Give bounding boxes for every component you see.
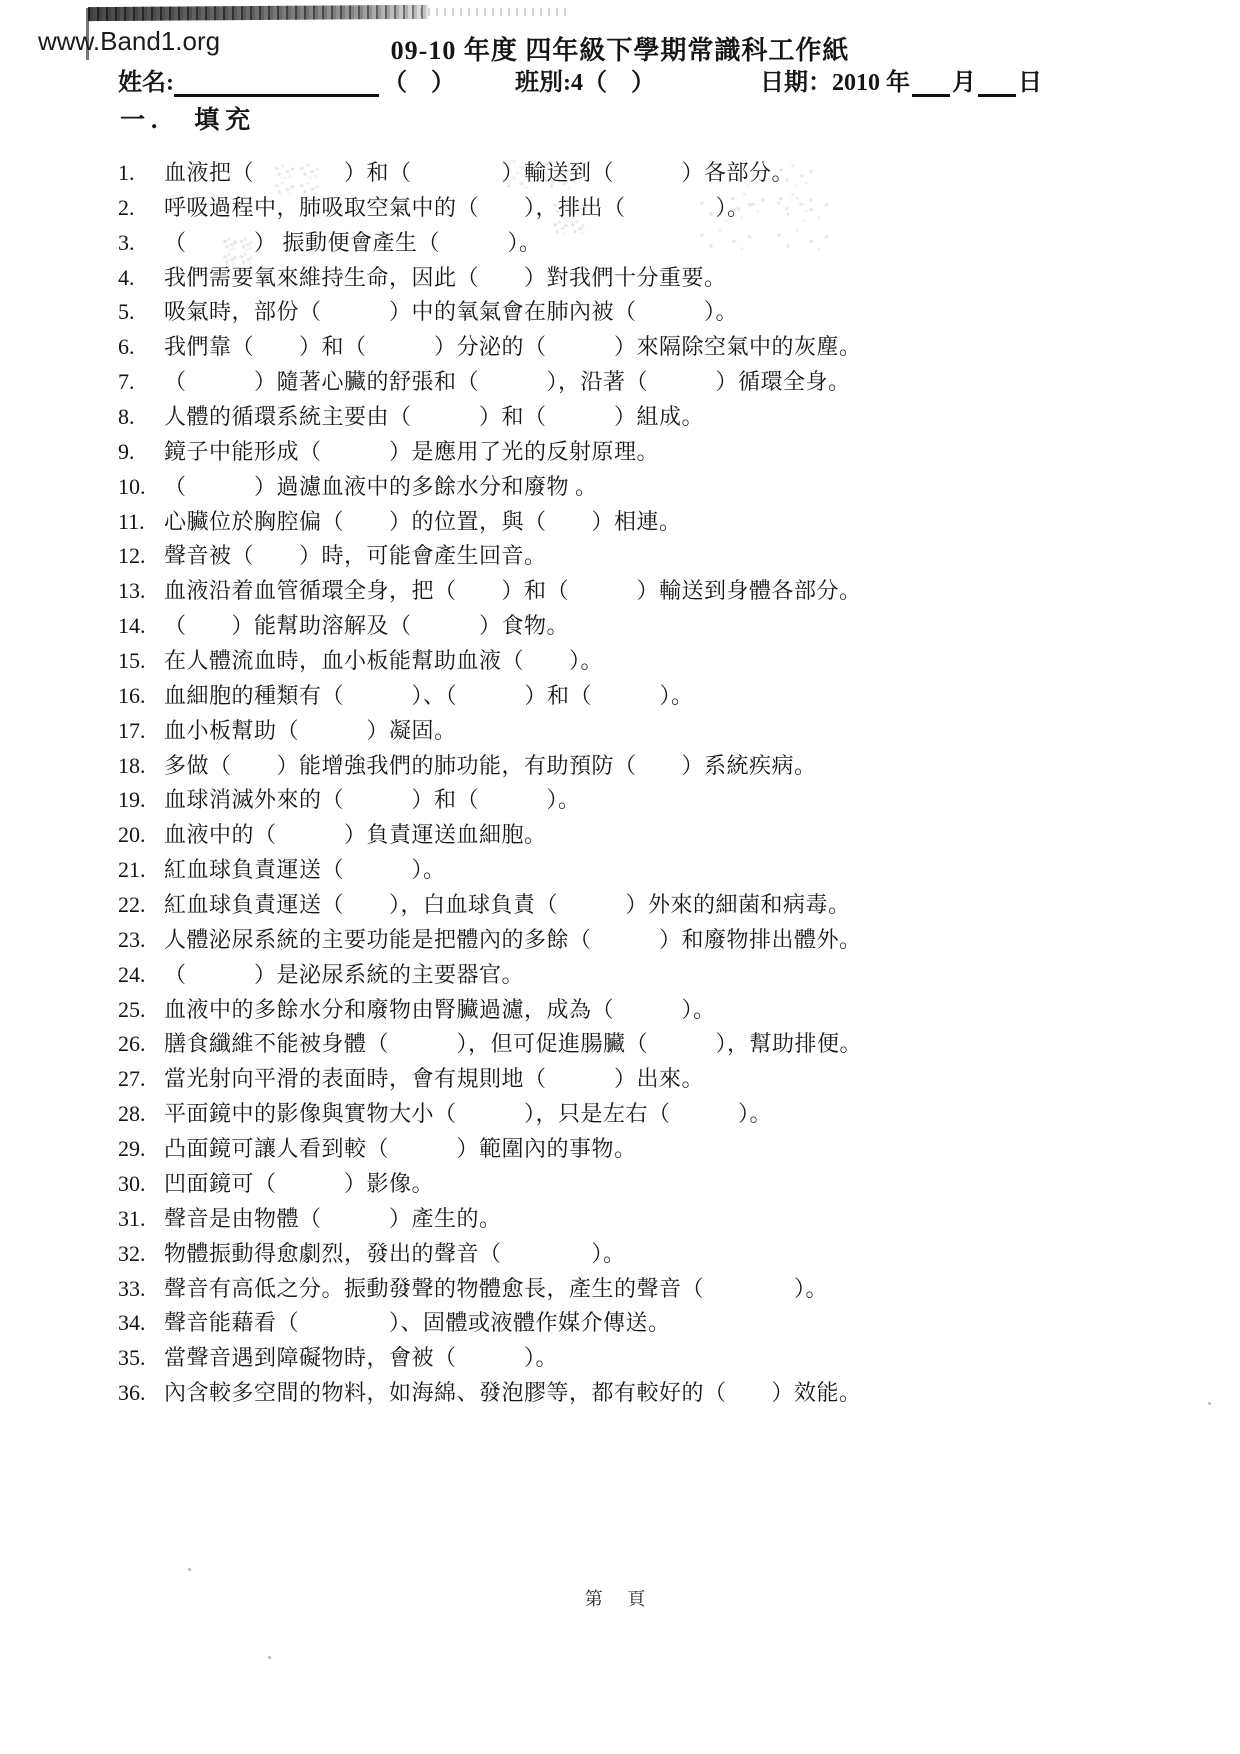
question-row: 34. 聲音能藉看（ ）、固體或液體作媒介傳送。: [118, 1306, 1218, 1341]
question-text: 紅血球負責運送（ ）。: [164, 853, 446, 884]
question-text: 血細胞的種類有（ ）、（ ）和（ ）。: [164, 679, 694, 710]
pencil-smudge: [552, 198, 584, 234]
question-row: 27. 當光射向平滑的表面時，會有規則地（ ）出來。: [118, 1062, 1218, 1097]
name-number-paren: （ ）: [383, 62, 455, 97]
pencil-smudge: [496, 158, 574, 188]
question-text: 聲音是由物體（ ）產生的。: [164, 1202, 502, 1233]
question-number: 8.: [118, 404, 164, 430]
scan-speckle: [188, 1568, 191, 1571]
scan-artifact-bar-fade: [420, 8, 570, 16]
question-row: 20. 血液中的（ ）負責運送血細胞。: [118, 818, 1218, 853]
question-text: 吸氣時，部份（ ）中的氧氣會在肺內被（ ）。: [164, 295, 738, 326]
question-row: 17. 血小板幫助（ ）凝固。: [118, 714, 1218, 749]
question-text: 平面鏡中的影像與實物大小（ ），只是左右（ ）。: [164, 1097, 772, 1128]
question-row: 9. 鏡子中能形成（ ）是應用了光的反射原理。: [118, 435, 1218, 470]
date-month-label: 月: [952, 62, 976, 97]
question-text: 血液把（ ）和（ ）輸送到（ ）各部分。: [164, 156, 794, 187]
question-text: 血液中的多餘水分和廢物由腎臟過濾，成為（ ）。: [164, 993, 716, 1024]
scan-artifact-bar: [88, 5, 428, 21]
question-text: 血液沿着血管循環全身，把（ ）和（ ）輸送到身體各部分。: [164, 574, 862, 605]
question-row: 23. 人體泌尿系統的主要功能是把體內的多餘（ ）和廢物排出體外。: [118, 923, 1218, 958]
question-row: 30. 凹面鏡可（ ）影像。: [118, 1167, 1218, 1202]
question-text: 我們靠（ ）和（ ）分泌的（ ）來隔除空氣中的灰塵。: [164, 330, 862, 361]
question-row: 15. 在人體流血時，血小板能幫助血液（ ）。: [118, 644, 1218, 679]
question-row: 6. 我們靠（ ）和（ ）分泌的（ ）來隔除空氣中的灰塵。: [118, 330, 1218, 365]
question-number: 32.: [118, 1241, 164, 1267]
question-number: 6.: [118, 334, 164, 360]
question-row: 16. 血細胞的種類有（ ）、（ ）和（ ）。: [118, 679, 1218, 714]
question-text: 鏡子中能形成（ ）是應用了光的反射原理。: [164, 435, 659, 466]
question-number: 3.: [118, 230, 164, 256]
question-text: 膳食纖維不能被身體（ ），但可促進腸臟（ ），幫助排便。: [164, 1027, 862, 1058]
question-number: 35.: [118, 1345, 164, 1371]
question-row: 33. 聲音有高低之分。振動發聲的物體愈長，產生的聲音（ ）。: [118, 1272, 1218, 1307]
name-class-date-row: 姓名: （ ） 班別:4（ ） 日期：2010 年 月 日: [118, 62, 1178, 97]
scan-speckle: [268, 1656, 271, 1659]
question-number: 14.: [118, 613, 164, 639]
question-text: 多做（ ）能增強我們的肺功能，有助預防（ ）系統疾病。: [164, 749, 817, 780]
question-row: 12. 聲音被（ ）時，可能會產生回音。: [118, 539, 1218, 574]
question-text: 紅血球負責運送（ ），白血球負責（ ）外來的細菌和病毒。: [164, 888, 851, 919]
question-text: 人體的循環系統主要由（ ）和（ ）組成。: [164, 400, 704, 431]
question-text: 我們需要氧來維持生命，因此（ ）對我們十分重要。: [164, 261, 727, 292]
question-row: 32. 物體振動得愈劇烈，發出的聲音（ ）。: [118, 1237, 1218, 1272]
name-blank-line: [174, 68, 379, 97]
worksheet-page: www.Band1.org 09-10 年度 四年級下學期常識科工作紙 姓名: …: [0, 0, 1240, 1754]
question-text: （ ）能幫助溶解及（ ）食物。: [164, 609, 569, 640]
pencil-smudge: [222, 236, 252, 264]
question-number: 1.: [118, 160, 164, 186]
question-row: 24. （ ）是泌尿系統的主要器官。: [118, 958, 1218, 993]
question-number: 26.: [118, 1031, 164, 1057]
question-row: 26. 膳食纖維不能被身體（ ），但可促進腸臟（ ），幫助排便。: [118, 1027, 1218, 1062]
question-text: 血液中的（ ）負責運送血細胞。: [164, 818, 547, 849]
question-number: 36.: [118, 1380, 164, 1406]
question-text: 聲音被（ ）時，可能會產生回音。: [164, 539, 547, 570]
question-text: 呼吸過程中，肺吸取空氣中的（ ），排出（ ）。: [164, 191, 750, 222]
question-row: 13. 血液沿着血管循環全身，把（ ）和（ ）輸送到身體各部分。: [118, 574, 1218, 609]
question-number: 31.: [118, 1206, 164, 1232]
question-text: （ ）隨著心臟的舒張和（ ），沿著（ ）循環全身。: [164, 365, 851, 396]
section-heading-fill-in: 一. 填充: [120, 100, 256, 136]
date-month-blank: [912, 68, 950, 97]
question-number: 30.: [118, 1171, 164, 1197]
question-number: 28.: [118, 1101, 164, 1127]
question-text: （ ） 振動便會產生（ ）。: [164, 226, 542, 257]
question-number: 9.: [118, 439, 164, 465]
question-number: 2.: [118, 195, 164, 221]
question-number: 21.: [118, 857, 164, 883]
question-text: 凹面鏡可（ ）影像。: [164, 1167, 434, 1198]
question-row: 3. （ ） 振動便會產生（ ）。: [118, 226, 1218, 261]
question-text: 聲音有高低之分。振動發聲的物體愈長，產生的聲音（ ）。: [164, 1272, 828, 1303]
question-row: 5. 吸氣時，部份（ ）中的氧氣會在肺內被（ ）。: [118, 295, 1218, 330]
question-number: 11.: [118, 509, 164, 535]
question-number: 33.: [118, 1276, 164, 1302]
question-number: 7.: [118, 369, 164, 395]
question-row: 7. （ ）隨著心臟的舒張和（ ），沿著（ ）循環全身。: [118, 365, 1218, 400]
question-row: 2. 呼吸過程中，肺吸取空氣中的（ ），排出（ ）。: [118, 191, 1218, 226]
question-number: 23.: [118, 927, 164, 953]
question-row: 29. 凸面鏡可讓人看到較（ ）範圍內的事物。: [118, 1132, 1218, 1167]
question-row: 36. 內含較多空間的物料，如海綿、發泡膠等，都有較好的（ ）效能。: [118, 1376, 1218, 1411]
question-row: 11. 心臟位於胸腔偏（ ）的位置，與（ ）相連。: [118, 505, 1218, 540]
question-row: 19. 血球消滅外來的（ ）和（ ）。: [118, 783, 1218, 818]
date-day-blank: [978, 68, 1016, 97]
question-row: 28. 平面鏡中的影像與實物大小（ ），只是左右（ ）。: [118, 1097, 1218, 1132]
question-text: 物體振動得愈劇烈，發出的聲音（ ）。: [164, 1237, 626, 1268]
question-text: 血小板幫助（ ）凝固。: [164, 714, 457, 745]
question-row: 31. 聲音是由物體（ ）產生的。: [118, 1202, 1218, 1237]
question-number: 20.: [118, 822, 164, 848]
question-text: （ ）是泌尿系統的主要器官。: [164, 958, 524, 989]
question-number: 22.: [118, 892, 164, 918]
question-text: 內含較多空間的物料，如海綿、發泡膠等，都有較好的（ ）效能。: [164, 1376, 862, 1407]
question-row: 25. 血液中的多餘水分和廢物由腎臟過濾，成為（ ）。: [118, 993, 1218, 1028]
question-number: 29.: [118, 1136, 164, 1162]
question-list: 1. 血液把（ ）和（ ）輸送到（ ）各部分。 2. 呼吸過程中，肺吸取空氣中的…: [118, 156, 1218, 1411]
question-number: 16.: [118, 683, 164, 709]
question-row: 14. （ ）能幫助溶解及（ ）食物。: [118, 609, 1218, 644]
question-number: 13.: [118, 578, 164, 604]
question-row: 10. （ ）過濾血液中的多餘水分和廢物 。: [118, 470, 1218, 505]
question-text: 在人體流血時，血小板能幫助血液（ ）。: [164, 644, 603, 675]
question-text: （ ）過濾血液中的多餘水分和廢物 。: [164, 470, 598, 501]
question-row: 35. 當聲音遇到障礙物時，會被（ ）。: [118, 1341, 1218, 1376]
pencil-smudge: [272, 162, 318, 194]
page-footer: 第 頁: [0, 1585, 1240, 1611]
question-number: 10.: [118, 474, 164, 500]
question-number: 27.: [118, 1066, 164, 1092]
question-number: 15.: [118, 648, 164, 674]
question-text: 當光射向平滑的表面時，會有規則地（ ）出來。: [164, 1062, 704, 1093]
question-row: 8. 人體的循環系統主要由（ ）和（ ）組成。: [118, 400, 1218, 435]
question-row: 22. 紅血球負責運送（ ），白血球負責（ ）外來的細菌和病毒。: [118, 888, 1218, 923]
question-text: 心臟位於胸腔偏（ ）的位置，與（ ）相連。: [164, 505, 682, 536]
name-label: 姓名:: [118, 62, 174, 97]
question-number: 25.: [118, 997, 164, 1023]
question-number: 12.: [118, 543, 164, 569]
question-text: 聲音能藉看（ ）、固體或液體作媒介傳送。: [164, 1306, 671, 1337]
question-text: 血球消滅外來的（ ）和（ ）。: [164, 783, 581, 814]
date-label: 日期：2010 年: [760, 62, 910, 97]
question-number: 4.: [118, 265, 164, 291]
question-row: 21. 紅血球負責運送（ ）。: [118, 853, 1218, 888]
question-number: 5.: [118, 299, 164, 325]
question-number: 18.: [118, 753, 164, 779]
class-label: 班別:4（ ）: [515, 62, 655, 97]
question-row: 4. 我們需要氧來維持生命，因此（ ）對我們十分重要。: [118, 261, 1218, 296]
question-text: 凸面鏡可讓人看到較（ ）範圍內的事物。: [164, 1132, 637, 1163]
question-number: 34.: [118, 1310, 164, 1336]
date-day-label: 日: [1018, 62, 1042, 97]
pencil-smudge: [688, 192, 828, 250]
question-text: 當聲音遇到障礙物時，會被（ ）。: [164, 1341, 558, 1372]
question-number: 24.: [118, 962, 164, 988]
question-number: 17.: [118, 718, 164, 744]
question-row: 18. 多做（ ）能增強我們的肺功能，有助預防（ ）系統疾病。: [118, 749, 1218, 784]
question-number: 19.: [118, 787, 164, 813]
question-text: 人體泌尿系統的主要功能是把體內的多餘（ ）和廢物排出體外。: [164, 923, 862, 954]
